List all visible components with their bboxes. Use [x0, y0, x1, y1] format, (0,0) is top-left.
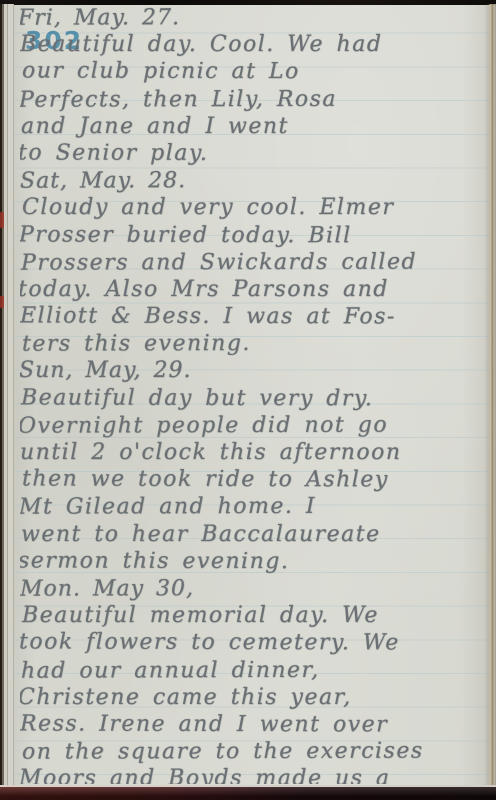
journal-line: Elliott & Bess. I was at Fos- — [20, 302, 490, 330]
journal-line: Moors and Boyds made us a — [20, 765, 489, 784]
entry-date-heading: Sun, May, 29. — [20, 357, 489, 384]
journal-line: Mt Gilead and home. I — [20, 493, 489, 521]
handwritten-text: Fri, May. 27.Beautiful day. Cool. We had… — [20, 4, 490, 784]
diary-photo: 302 Fri, May. 27.Beautiful day. Cool. We… — [0, 0, 496, 800]
journal-line: took flowers to cemetery. We — [20, 629, 489, 657]
photo-top-edge — [0, 0, 496, 5]
journal-line: Cloudy and very cool. Elmer — [22, 194, 490, 221]
entry-date-heading: Fri, May. 27. — [20, 4, 488, 32]
book-cover-edge — [0, 785, 496, 800]
journal-line: Beautiful day but very dry. — [21, 384, 490, 412]
journal-line: went to hear Baccalaureate — [21, 521, 490, 548]
journal-line: Beautiful day. Cool. We had — [20, 31, 490, 58]
journal-line: our club picnic at Lo — [22, 58, 490, 86]
journal-line: Prosser buried today. Bill — [20, 221, 489, 249]
journal-line: ters this evening. — [22, 330, 490, 358]
journal-line: Prossers and Swickards called — [21, 248, 490, 276]
journal-line: Overnight people did not go — [20, 411, 488, 439]
journal-line: today. Also Mrs Parsons and — [20, 276, 488, 303]
journal-line: Ress. Irene and I went over — [20, 710, 490, 738]
page-right-edge — [484, 4, 496, 787]
journal-line: Beautiful memorial day. We — [22, 602, 490, 629]
journal-line: had our annual dinner, — [21, 656, 490, 684]
entry-date-heading: Mon. May 30, — [20, 574, 490, 602]
journal-line: sermon this evening. — [20, 547, 488, 575]
journal-line: then we took ride to Ashley — [22, 466, 490, 494]
journal-line: to Senior play. — [20, 139, 488, 167]
journal-line: and Jane and I went — [21, 113, 490, 140]
journal-line: Christene came this year, — [20, 684, 488, 711]
book-gutter-edge — [0, 4, 16, 787]
journal-line: on the square to the exercises — [22, 737, 490, 765]
entry-date-heading: Sat, May. 28. — [20, 167, 490, 195]
journal-line: Perfects, then Lily, Rosa — [20, 85, 489, 113]
journal-line: until 2 o'clock this afternoon — [20, 439, 490, 466]
